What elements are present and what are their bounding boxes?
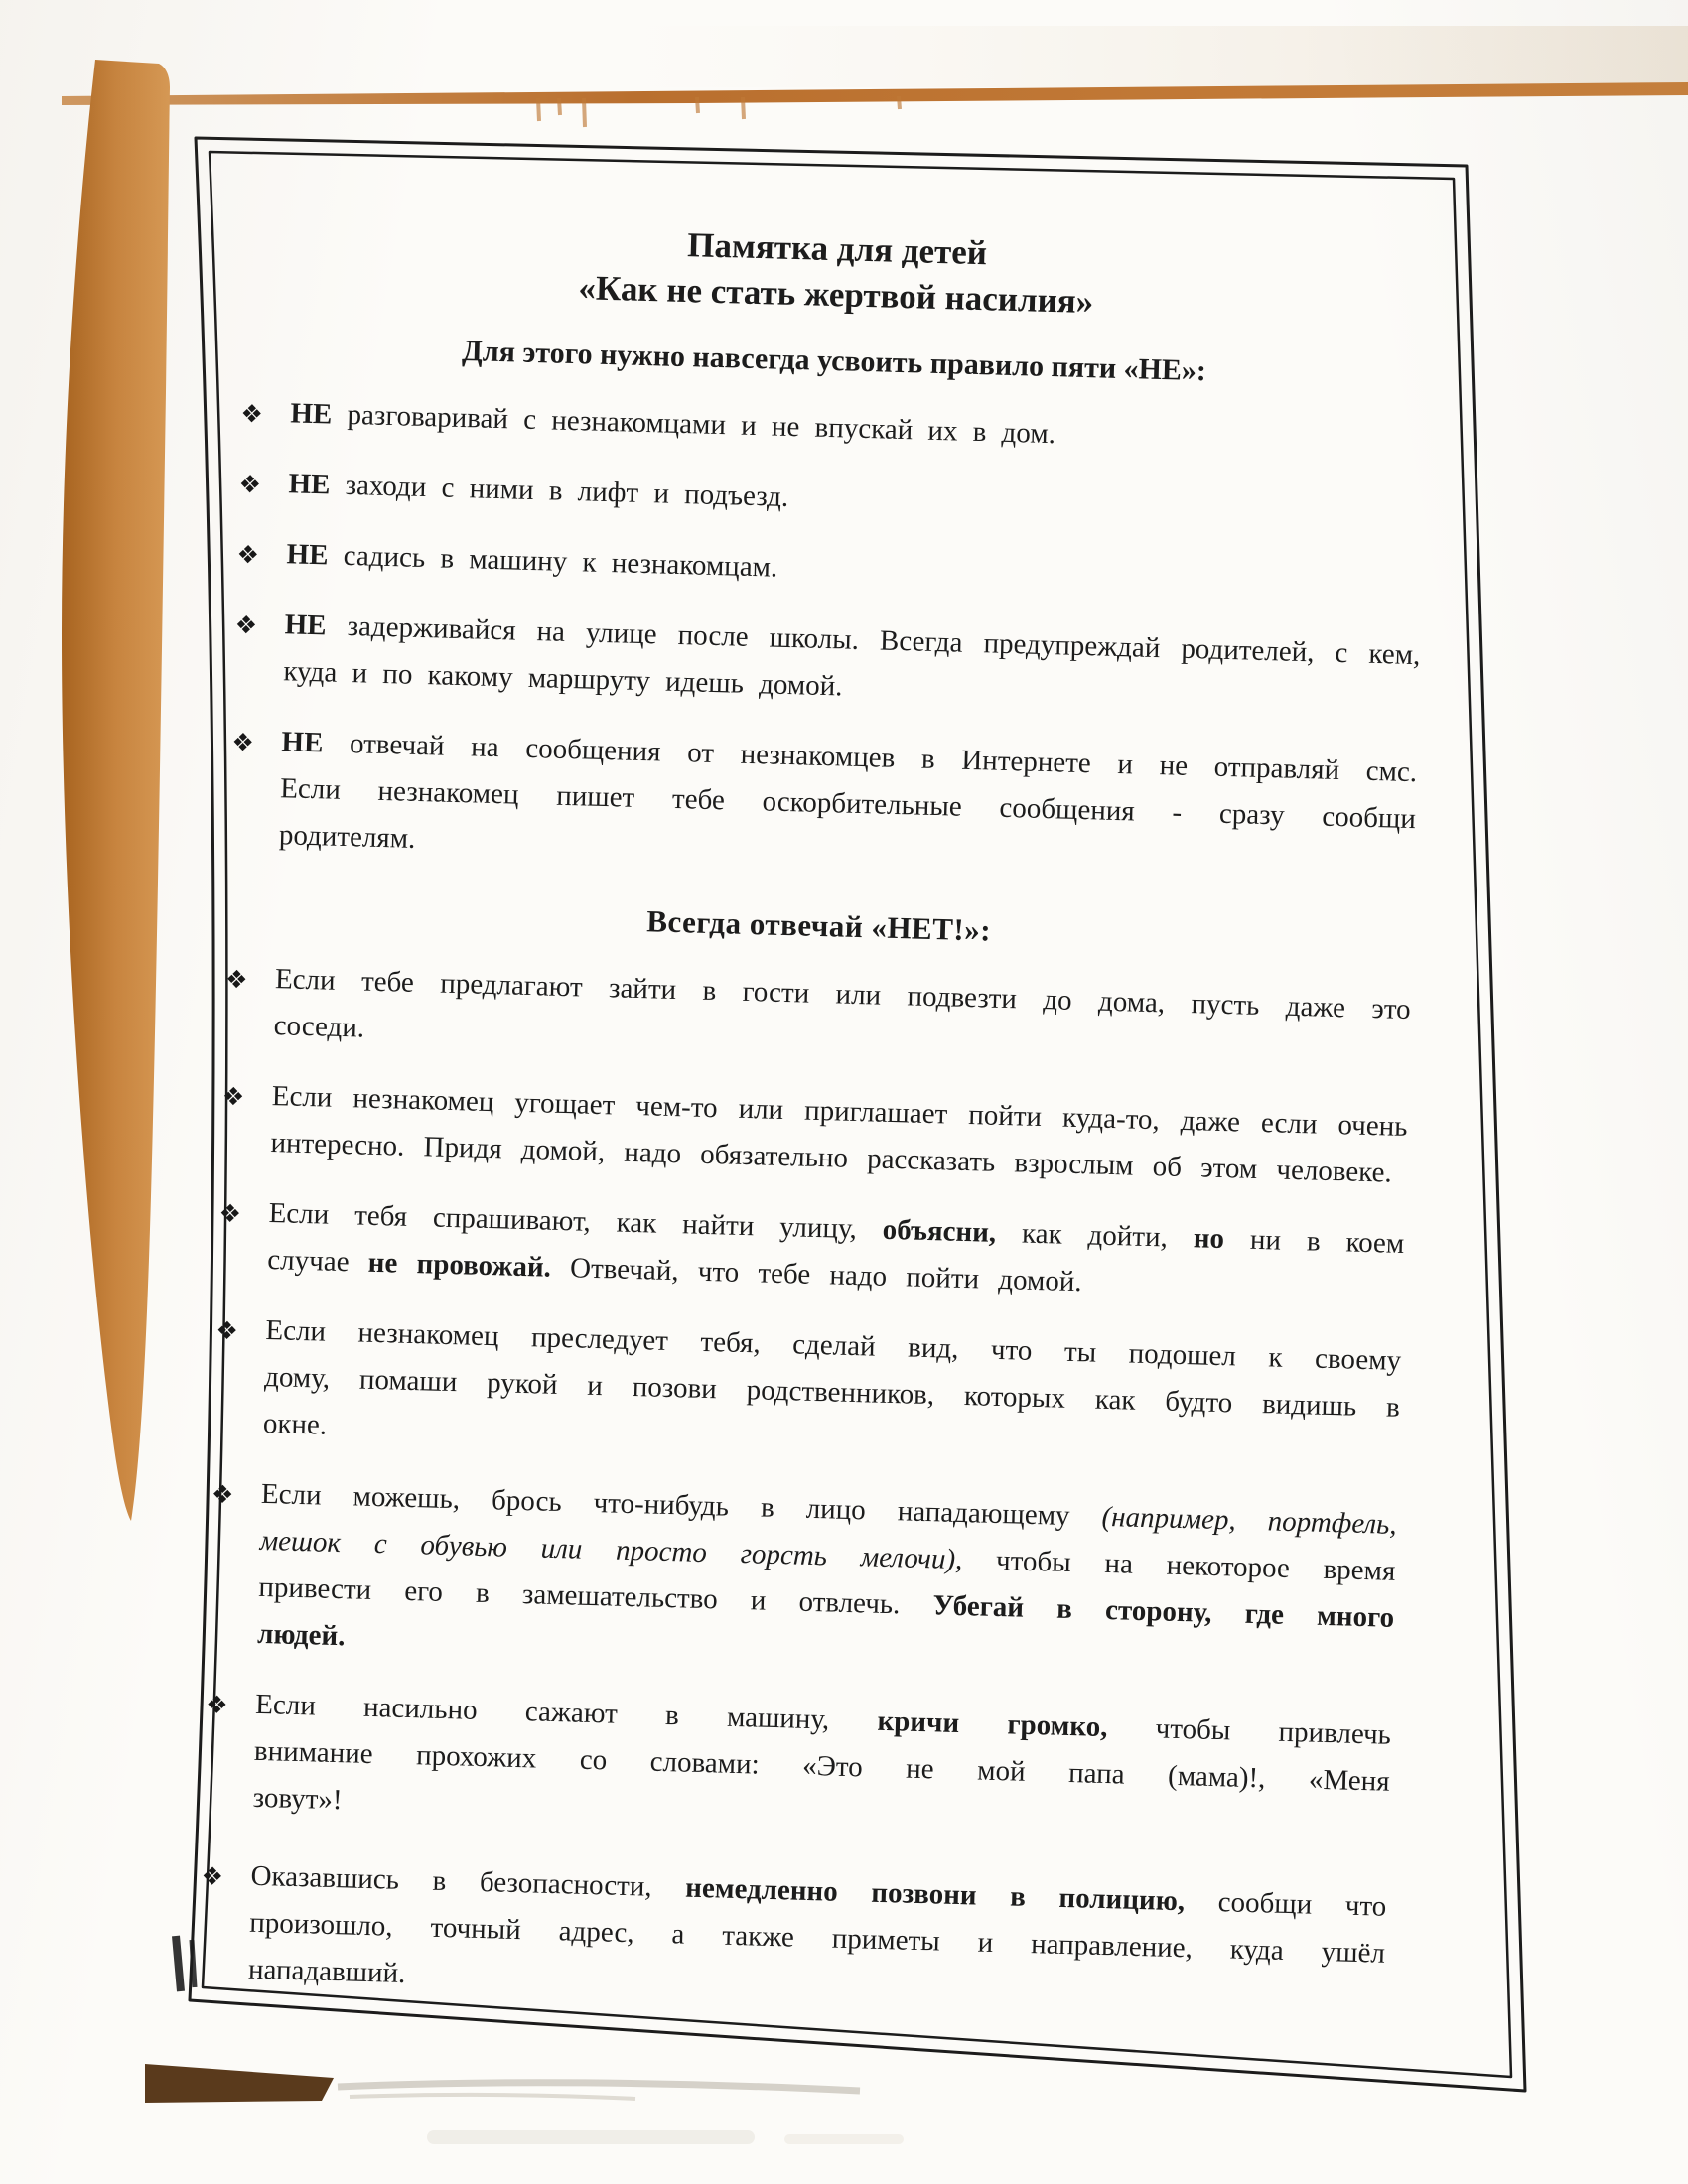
list-item-text: Если незнакомец преследует тебя, сделай … <box>263 1314 1402 1441</box>
diamond-bullet-icon: ❖ <box>231 719 255 766</box>
paper-edge-smudge-2 <box>350 2095 635 2099</box>
bleed-through-ghost-2 <box>784 2134 904 2144</box>
bleed-through-ghost <box>427 2130 755 2144</box>
document-page: Памятка для детей «Как не стать жертвой … <box>196 210 1431 2024</box>
list-item-text: Если тебя спрашивают, как найти улицу, о… <box>267 1197 1405 1297</box>
photographed-document: Памятка для детей «Как не стать жертвой … <box>0 0 1688 2184</box>
diamond-bullet-icon: ❖ <box>201 1852 224 1900</box>
list-item: ❖Если тебе предлагают зайти в гости или … <box>221 955 1411 1080</box>
list-item: ❖НЕ разговаривай с незнакомцами и не впу… <box>238 389 1427 468</box>
list-item: ❖НЕ заходи с ними в лифт и подъезд. <box>236 460 1425 538</box>
list-item: ❖Если насильно сажают в машину, кричи гр… <box>201 1680 1391 1851</box>
diamond-bullet-icon: ❖ <box>234 602 258 649</box>
list-item-text: Оказавшись в безопасности, немедленно по… <box>248 1860 1387 1989</box>
rule-list: ❖НЕ разговаривай с незнакомцами и не впу… <box>226 389 1426 889</box>
diamond-bullet-icon: ❖ <box>215 1307 239 1355</box>
list-item: ❖НЕ отвечай на сообщения от незнакомцев … <box>226 718 1417 889</box>
paper-edge-smudge <box>338 2083 860 2091</box>
answer-section-header: Всегда отвечай «НЕТ!»: <box>257 890 1380 963</box>
desk-edge-left <box>62 60 170 1521</box>
rule-section-header: Для этого нужно навсегда усвоить правило… <box>357 329 1312 394</box>
answer-list: ❖Если тебе предлагают зайти в гости или … <box>196 955 1411 2024</box>
desk-top-shadow <box>616 26 1688 87</box>
list-item-text: НЕ отвечай на сообщения от незнакомцев в… <box>279 726 1418 855</box>
list-item-text: Если тебе предлагают зайти в гости или п… <box>273 963 1411 1043</box>
diamond-bullet-icon: ❖ <box>240 390 264 438</box>
diamond-bullet-icon: ❖ <box>238 461 262 508</box>
diamond-bullet-icon: ❖ <box>218 1190 242 1238</box>
list-item-text: Если насильно сажают в машину, кричи гро… <box>252 1689 1391 1816</box>
diamond-bullet-icon: ❖ <box>224 956 248 1004</box>
list-item-text: Если незнакомец угощает чем-то или пригл… <box>270 1080 1408 1189</box>
list-item-text: НЕ садись в машину к незнакомцам. <box>286 538 777 583</box>
diamond-bullet-icon: ❖ <box>221 1073 245 1121</box>
list-item-text: Если можешь, брось что-нибудь в лицо нап… <box>257 1478 1397 1652</box>
list-item-text: НЕ заходи с ними в лифт и подъезд. <box>288 468 789 513</box>
diamond-bullet-icon: ❖ <box>211 1471 234 1519</box>
list-item-text: НЕ задерживайся на улице после школы. Вс… <box>283 609 1421 702</box>
list-item: ❖Если тебя спрашивают, как найти улицу, … <box>215 1189 1405 1314</box>
diamond-bullet-icon: ❖ <box>206 1682 229 1729</box>
list-item: ❖НЕ задерживайся на улице после школы. В… <box>231 601 1421 726</box>
diamond-bullet-icon: ❖ <box>236 531 260 579</box>
list-item: ❖Если незнакомец преследует тебя, сделай… <box>211 1306 1401 1478</box>
list-item: ❖Если можешь, брось что-нибудь в лицо на… <box>206 1470 1398 1689</box>
list-item: ❖Если незнакомец угощает чем-то или приг… <box>218 1072 1408 1197</box>
desk-corner-bottom-left <box>145 2064 334 2103</box>
list-item: ❖НЕ садись в машину к незнакомцам. <box>234 530 1423 609</box>
list-item-text: НЕ разговаривай с незнакомцами и не впус… <box>290 397 1055 450</box>
